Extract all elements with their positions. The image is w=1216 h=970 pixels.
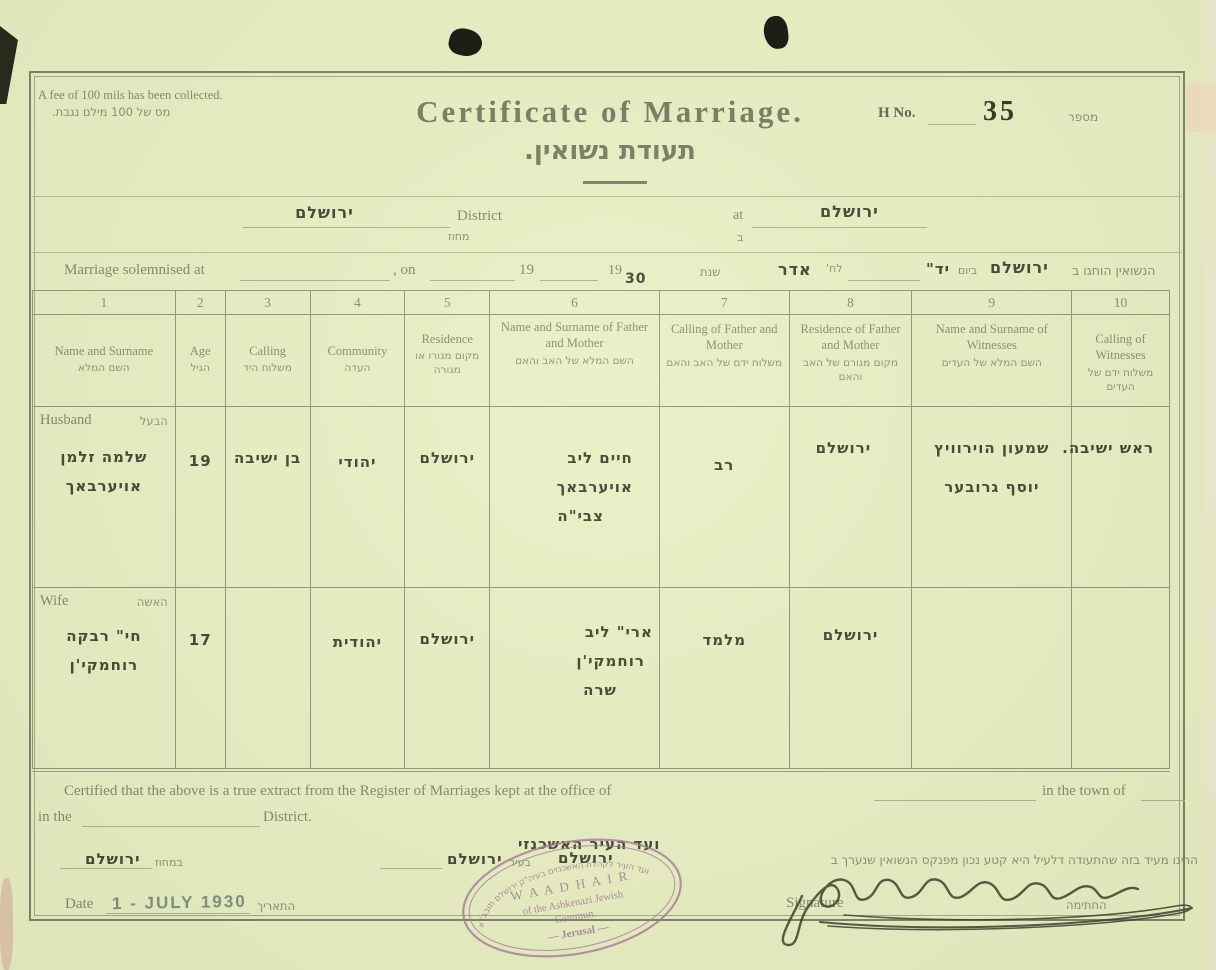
husband-parents-line3: צבי"ה	[490, 502, 659, 531]
husband-community: יהודי	[311, 448, 405, 477]
date-label-en: Date	[65, 896, 93, 913]
wife-row: Wife האשה חי" רבקה רוחמקי'ן 17 יהודית יר…	[33, 588, 1169, 768]
solemnised-place-value: ירושלם	[990, 258, 1049, 277]
section-rule-2	[32, 252, 1182, 253]
solemnised-year-printed-he: 19	[608, 263, 622, 279]
wife-label-he: האשה	[137, 595, 168, 609]
col-header-name: Name and Surname השם המלא	[33, 315, 176, 406]
district-label-he-2: במחוז	[155, 856, 183, 869]
col-header-witnesses-calling-en: Calling of Witnesses	[1072, 329, 1169, 364]
ink-blob-left	[446, 25, 485, 59]
fee-note-he: מס של 100 מילם נגבת.	[52, 105, 170, 119]
office-blank-line	[874, 800, 1036, 801]
date-stamp-value: 1 - JULY 1930	[112, 892, 247, 914]
solemnised-blank-4	[848, 280, 920, 281]
col-header-witnesses-name: Name and Surname of Witnesses השם המלא ש…	[912, 315, 1072, 406]
wife-name-cell: Wife האשה חי" רבקה רוחמקי'ן	[33, 588, 176, 768]
scan-edge-right-strip	[1204, 0, 1216, 970]
husband-row: Husband הבעל שלמה זלמן אויערבאך 19 בן יש…	[33, 407, 1169, 588]
col-header-parents-residence-en: Residence of Father and Mother	[790, 319, 912, 354]
solemnised-blank-3	[540, 280, 598, 281]
husband-witnesses-cell: שמעון הוירוויץ יוסף גרובער	[912, 407, 1072, 587]
wife-name-line1: חי" רבקה	[33, 622, 175, 651]
husband-community-cell: יהודי	[311, 407, 406, 587]
husband-age-cell: 19	[176, 407, 226, 587]
col-header-residence-he: מקום מגורו או מגורה	[405, 347, 489, 377]
husband-age: 19	[176, 447, 225, 476]
table-header-row: Name and Surname השם המלא Age הגיל Calli…	[33, 315, 1169, 407]
husband-label-en: Husband	[40, 412, 92, 429]
wife-witnesses-cell	[912, 588, 1072, 768]
number-blank-line	[928, 124, 976, 125]
wife-name-line2: רוחמקי'ן	[33, 651, 175, 680]
col-header-age-he: הגיל	[176, 359, 225, 375]
number-value: 35	[983, 96, 1017, 128]
solemnised-prefix-he: הנשואין הוחגו ב	[1072, 263, 1155, 278]
col-num-3: 3	[226, 291, 311, 314]
col-header-parents-name: Name and Surname of Father and Mother הש…	[490, 315, 660, 406]
solemnised-year-value: 30	[625, 271, 646, 287]
col-header-age: Age הגיל	[176, 315, 226, 406]
col-header-residence-en: Residence	[405, 329, 489, 347]
col-header-community: Community העדה	[311, 315, 406, 406]
wife-parents-line2: רוחמקי'ן	[490, 647, 659, 676]
col-num-2: 2	[176, 291, 226, 314]
wife-parents-residence: ירושלם	[790, 621, 912, 650]
title-underline	[583, 181, 647, 184]
district-blank-line-3	[60, 868, 152, 869]
wife-residence: ירושלם	[405, 625, 489, 654]
number-label-en: H No.	[878, 105, 916, 122]
district-value: ירושלם	[277, 203, 372, 222]
husband-parents-line1: חיים ליב	[490, 444, 659, 473]
section-rule-1	[32, 196, 1182, 197]
husband-witnesses-calling-cell: ראש ישיבה.	[1072, 407, 1169, 587]
marriage-table: 1 2 3 4 5 6 7 8 9 10 Name and Surname הש…	[32, 290, 1170, 769]
col-num-1: 1	[33, 291, 176, 314]
at-place-value: ירושלם	[820, 202, 879, 221]
district-en: District.	[263, 809, 312, 826]
husband-calling: בן ישיבה	[226, 444, 310, 473]
husband-label-he: הבעל	[140, 414, 168, 428]
signature-scrawl	[768, 852, 1208, 947]
wife-community-cell: יהודית	[311, 588, 406, 768]
col-num-6: 6	[490, 291, 660, 314]
at-label-en: at	[733, 208, 743, 224]
col-header-parents-calling-en: Calling of Father and Mother	[660, 319, 789, 354]
fee-note-en: A fee of 100 mils has been collected.	[38, 88, 223, 103]
wife-parents-name-cell: ארי" ליב רוחמקי'ן שרה	[490, 588, 660, 768]
wife-age-cell: 17	[176, 588, 226, 768]
col-header-name-he: השם המלא	[33, 359, 175, 375]
certificate-of-marriage-scan: A fee of 100 mils has been collected. מס…	[0, 0, 1216, 970]
wife-label-en: Wife	[40, 593, 68, 610]
ink-blob-right	[762, 15, 790, 51]
scan-edge-dark-wedge	[0, 26, 18, 104]
wife-community: יהודית	[311, 628, 405, 657]
col-num-7: 7	[660, 291, 790, 314]
col-num-9: 9	[912, 291, 1072, 314]
solemnised-year-label-he: שנת	[700, 265, 720, 279]
in-town-of-en: in the town of	[1042, 783, 1126, 800]
certified-line1-en: Certified that the above is a true extra…	[64, 783, 611, 800]
husband-parents-calling-cell: רב	[660, 407, 790, 587]
husband-parents-residence: ירושלם	[790, 434, 912, 463]
col-header-calling-he: משלוח היד	[226, 359, 310, 375]
date-blank-line	[106, 913, 250, 914]
at-blank-line	[752, 227, 927, 228]
husband-parents-residence-cell: ירושלם	[790, 407, 913, 587]
scan-edge-pink-smudge	[0, 878, 13, 970]
number-label-h: H No.	[878, 105, 916, 121]
col-num-10: 10	[1072, 291, 1169, 314]
husband-witness-calling: ראש ישיבה.	[1062, 434, 1169, 463]
wife-parents-line3: שרה	[490, 676, 659, 705]
wife-witnesses-calling-cell	[1072, 588, 1169, 768]
husband-calling-cell: בן ישיבה	[226, 407, 311, 587]
wife-parents-line1: ארי" ליב	[490, 618, 659, 647]
col-num-4: 4	[311, 291, 406, 314]
table-bottom-rule	[32, 771, 1170, 772]
waad-hair-stamp: ועד העיר לקהלת האשכנזים בעיה"ק ירושלם תו…	[452, 832, 692, 970]
husband-witness-2: יוסף גרובער	[912, 473, 1071, 502]
col-header-age-en: Age	[176, 341, 225, 359]
wife-parents-residence-cell: ירושלם	[790, 588, 913, 768]
district-blank-line	[243, 227, 450, 228]
husband-parents-calling: רב	[660, 451, 789, 480]
town-blank-line	[1141, 800, 1185, 801]
col-header-community-en: Community	[311, 341, 405, 359]
solemnised-prefix-en: Marriage solemnised at	[64, 262, 205, 279]
solemnised-blank-1	[240, 280, 390, 281]
col-header-residence: Residence מקום מגורו או מגורה	[405, 315, 490, 406]
wife-age: 17	[176, 626, 225, 655]
city-blank-line	[380, 868, 442, 869]
solemnised-day-value: יד"	[926, 260, 950, 278]
number-label-he: מספר	[1068, 110, 1098, 124]
solemnised-blank-2	[430, 280, 515, 281]
husband-name-line2: אויערבאך	[33, 472, 175, 501]
district-label-he: מחוז	[448, 230, 469, 243]
table-column-number-row: 1 2 3 4 5 6 7 8 9 10	[33, 291, 1169, 315]
husband-name-line1: שלמה זלמן	[33, 443, 175, 472]
col-header-parents-name-he: השם המלא של האב והאם	[490, 352, 659, 368]
wife-parents-calling-cell: מלמד	[660, 588, 790, 768]
certificate-title-he: תעודת נשואין.	[460, 136, 760, 166]
wife-calling-cell	[226, 588, 311, 768]
at-label-he: ב	[737, 231, 743, 244]
scan-edge-peach-patch	[1186, 84, 1216, 132]
col-header-witnesses-calling-he: משלוח ידם של העדים	[1072, 364, 1169, 394]
solemnised-month-value: אדר	[778, 260, 812, 279]
solemnised-on-en: , on	[393, 262, 416, 279]
col-header-witnesses-name-he: השם המלא של העדים	[912, 354, 1071, 370]
col-num-8: 8	[790, 291, 913, 314]
col-header-calling: Calling משלוח היד	[226, 315, 311, 406]
in-the-en: in the	[38, 809, 72, 826]
col-header-parents-residence: Residence of Father and Mother מקום מגור…	[790, 315, 913, 406]
col-header-parents-residence-he: מקום מגורם של האב והאם	[790, 354, 912, 384]
col-header-parents-calling-he: משלוח ידם של האב והאם	[660, 354, 789, 370]
husband-parents-name-cell: חיים ליב אויערבאך צבי"ה	[490, 407, 660, 587]
solemnised-day-label-he: ביום	[958, 264, 977, 277]
solemnised-month-label-he: לח'	[826, 262, 842, 275]
husband-name-cell: Husband הבעל שלמה זלמן אויערבאך	[33, 407, 176, 587]
district-label-en: District	[457, 208, 502, 225]
district-value-he-2: ירושלם	[85, 850, 141, 868]
col-header-community-he: העדה	[311, 359, 405, 375]
certificate-title-en: Certificate of Marriage.	[360, 94, 860, 130]
col-header-witnesses-name-en: Name and Surname of Witnesses	[912, 319, 1071, 354]
col-num-5: 5	[405, 291, 490, 314]
husband-parents-line2: אויערבאך	[490, 473, 659, 502]
husband-residence-cell: ירושלם	[405, 407, 490, 587]
district-blank-line-2	[82, 826, 260, 827]
wife-parents-calling: מלמד	[660, 626, 789, 655]
solemnised-year-en: 19	[519, 262, 534, 279]
husband-witness-1: שמעון הוירוויץ	[912, 434, 1071, 463]
husband-residence: ירושלם	[405, 444, 489, 473]
col-header-calling-en: Calling	[226, 341, 310, 359]
col-header-parents-calling: Calling of Father and Mother משלוח ידם ש…	[660, 315, 790, 406]
col-header-witnesses-calling: Calling of Witnesses משלוח ידם של העדים	[1072, 315, 1169, 406]
col-header-name-en: Name and Surname	[33, 341, 175, 359]
date-label-he: התאריך	[257, 899, 295, 913]
wife-residence-cell: ירושלם	[405, 588, 490, 768]
col-header-parents-name-en: Name and Surname of Father and Mother	[490, 317, 659, 352]
